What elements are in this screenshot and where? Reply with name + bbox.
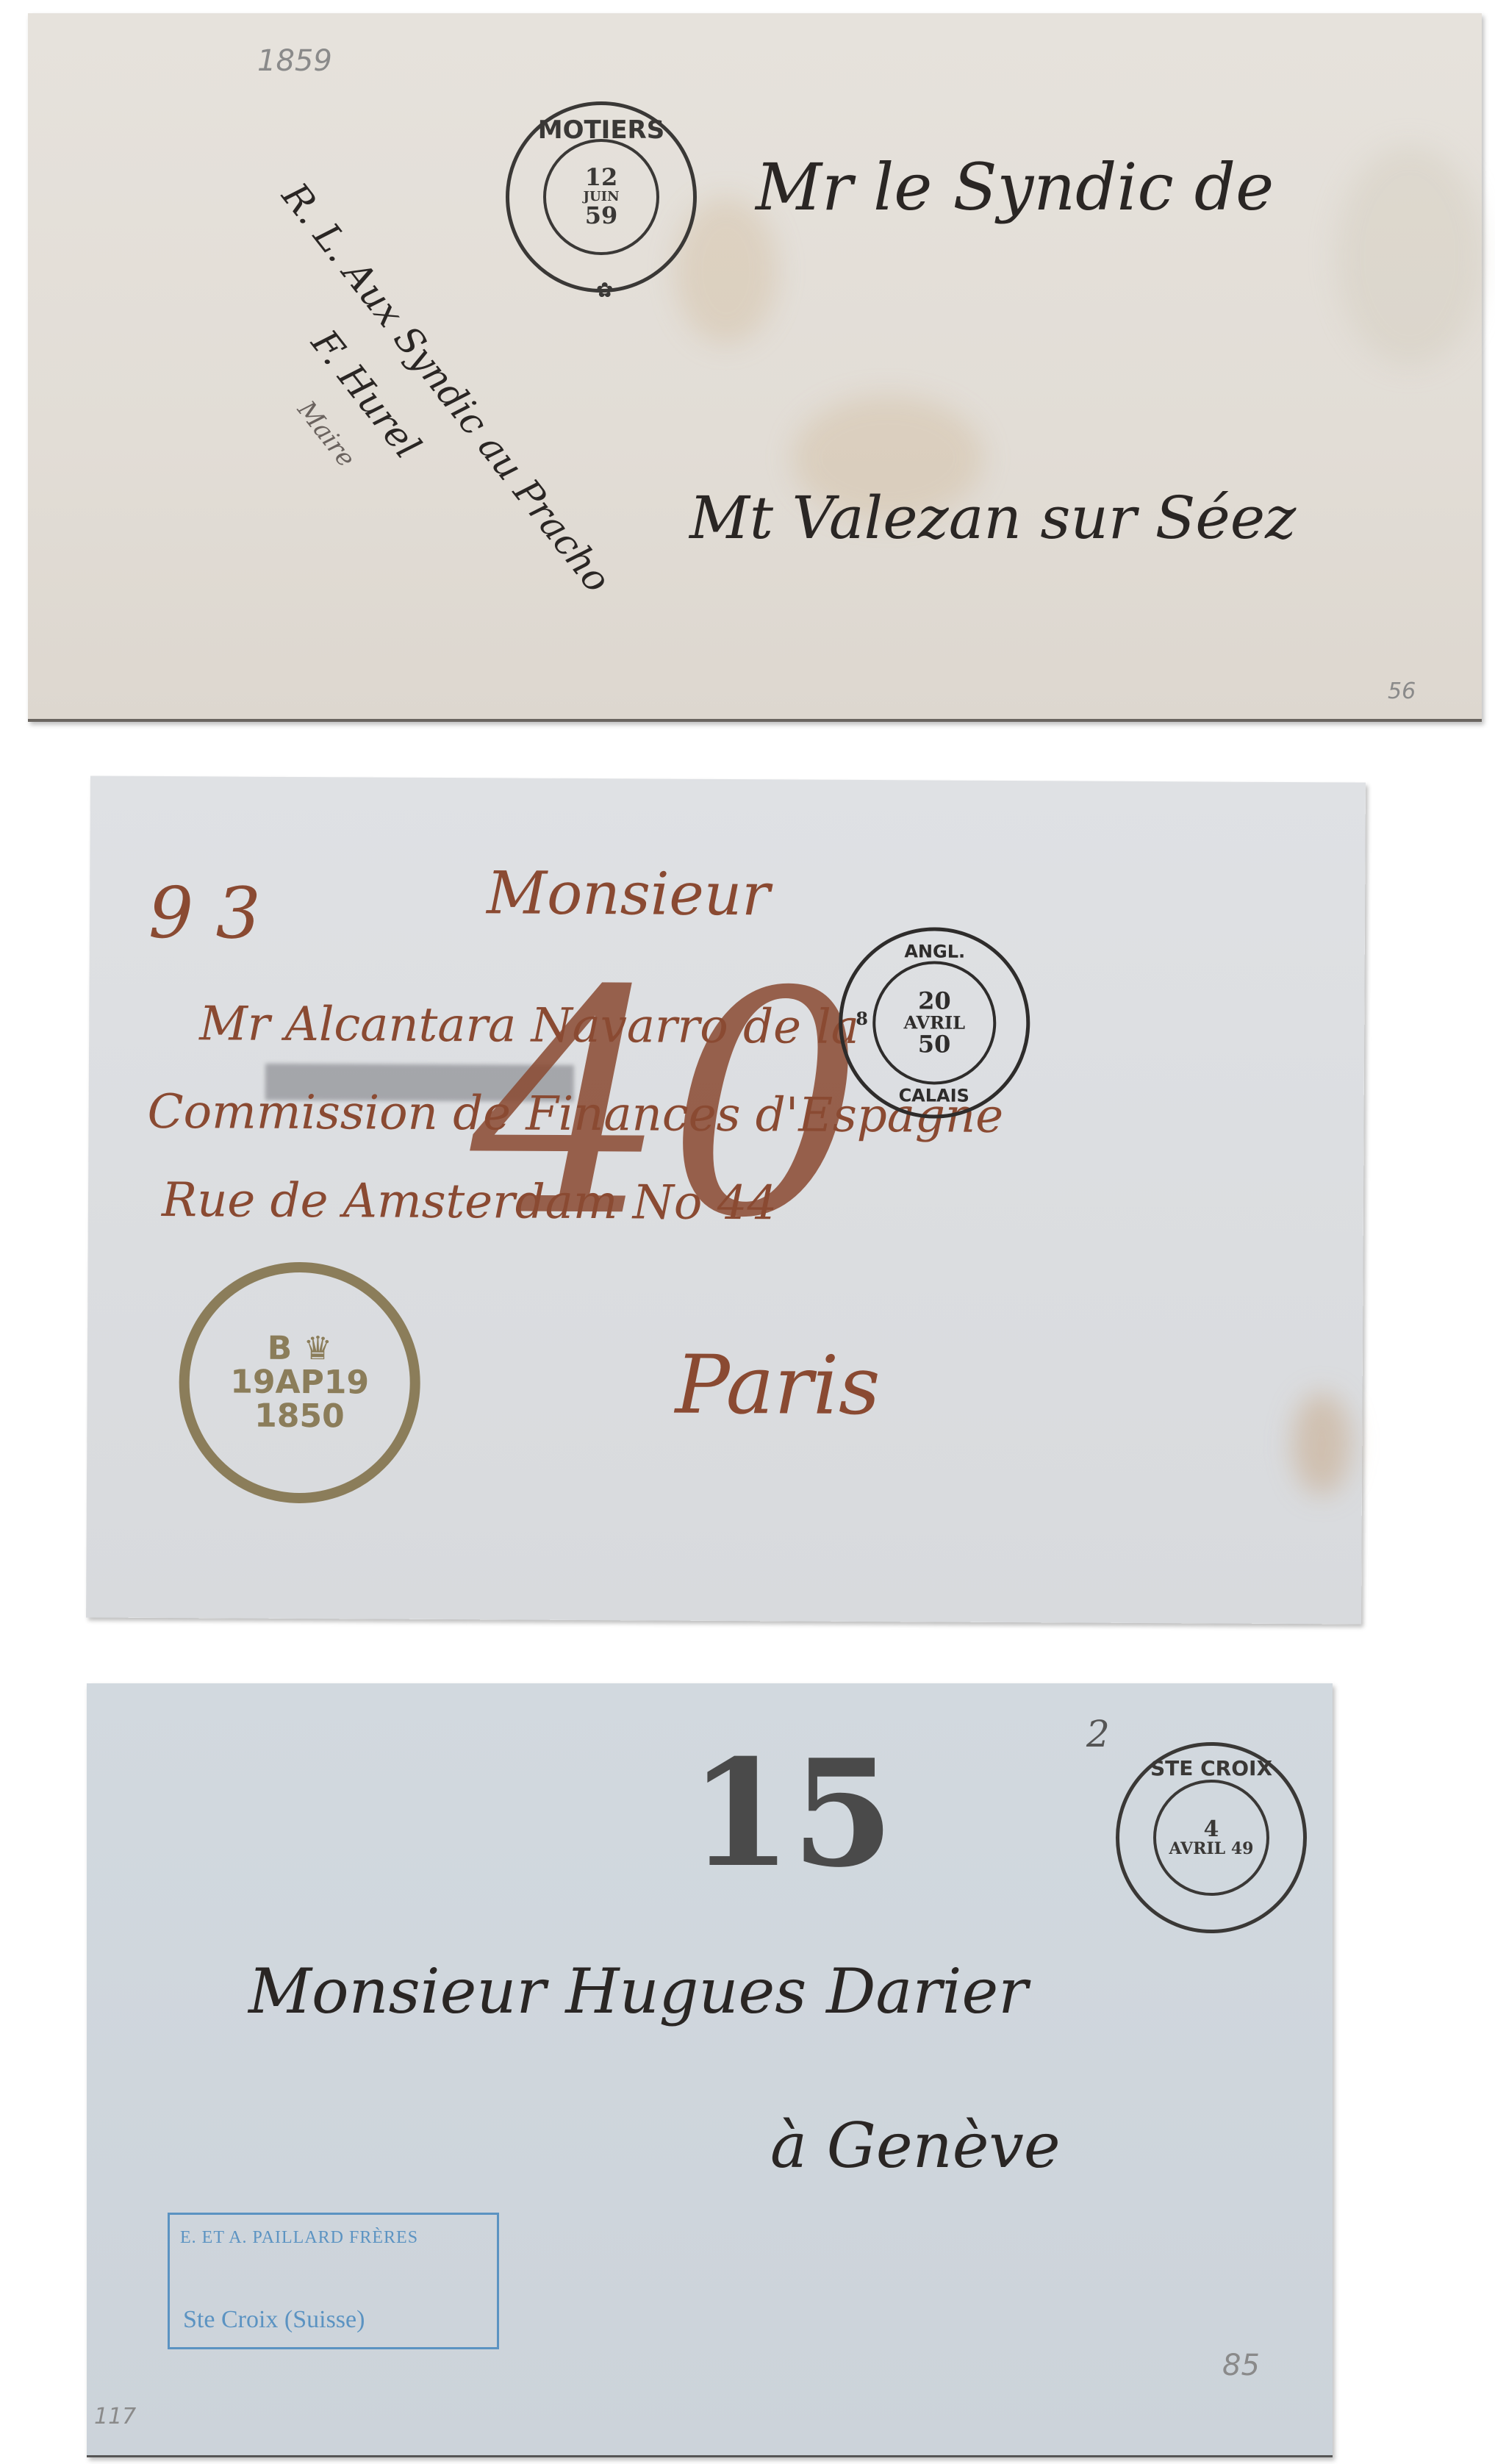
manuscript-rate: 9 3 [148, 872, 261, 955]
crown-icon: ♛ [304, 1330, 333, 1367]
address-line-1: Monsieur [487, 859, 770, 928]
postmark-date: 20 AVRIL 50 [903, 989, 965, 1057]
postmark-date: 4 AVRIL 49 [1169, 1818, 1254, 1858]
cover-bottom: 2 15 STE CROIX 4 AVRIL 49 Monsieur Hugue… [87, 1683, 1333, 2457]
pencil-corner-left: 117 [94, 2404, 136, 2429]
postmark-text: B ♛ 19AP19 1850 [230, 1331, 369, 1434]
postmark-day: 20 [904, 989, 966, 1014]
sender-line-2: Ste Croix (Suisse) [183, 2306, 365, 2334]
address-line-1: Monsieur Hugues Darier [248, 1955, 1028, 2027]
postmark-day: 12 [583, 165, 619, 190]
postmark-month-year: AVRIL 49 [1169, 1841, 1254, 1858]
postmark-year: 59 [583, 204, 619, 229]
pencil-corner-note: 56 [1388, 678, 1416, 704]
address-line-1: Mr le Syndic de [756, 149, 1274, 225]
postmark-side: 8 [856, 1008, 868, 1029]
postmark-line-2: 19AP19 [230, 1365, 369, 1400]
pencil-year: 1859 [257, 44, 332, 78]
pencil-corner-right: 85 [1222, 2349, 1260, 2382]
rosette-icon: ✿ [596, 278, 613, 302]
postmark-day: 4 [1169, 1818, 1254, 1841]
postmark-ste-croix: STE CROIX 4 AVRIL 49 [1116, 1742, 1307, 1933]
postmark-motiers: MOTIERS 12 JUIN 59 ✿ [506, 101, 697, 293]
cover-top: 1859 MOTIERS 12 JUIN 59 ✿ Mr le Syndic d… [28, 13, 1482, 722]
manuscript-mark: 2 [1086, 1713, 1110, 1755]
postmark-town: STE CROIX [1119, 1756, 1303, 1780]
foxing-stain [1292, 1392, 1352, 1495]
sender-line-1: E. ET A. PAILLARD FRÈRES [180, 2228, 418, 2248]
tax-handstamp: 15 [689, 1727, 894, 1900]
postmark-british-crowned: B ♛ 19AP19 1850 [179, 1261, 421, 1504]
postmark-top: ANGL. [843, 941, 1027, 962]
cover-middle: 9 3 Monsieur Mr Alcantara Navarro de la … [86, 776, 1366, 1624]
address-line-2: à Genève [770, 2110, 1061, 2182]
postmark-bottom: CALAIS [842, 1085, 1026, 1106]
manuscript-tax: 40 [470, 925, 864, 1286]
postmark-town: MOTIERS [509, 115, 693, 145]
postmark-year: 50 [903, 1032, 965, 1057]
postmark-line-1: B ♛ [230, 1331, 369, 1366]
address-line-2: Mt Valezan sur Séez [689, 484, 1296, 552]
toning-stain [1336, 146, 1483, 366]
postmark-date: 12 JUIN 59 [583, 165, 619, 229]
postmark-calais: ANGL. 20 AVRIL 50 CALAIS 8 [839, 927, 1030, 1119]
postmark-month: AVRIL [903, 1014, 965, 1033]
sender-boxed-stamp: E. ET A. PAILLARD FRÈRES Ste Croix (Suis… [168, 2213, 499, 2349]
postmark-line-3: 1850 [230, 1400, 369, 1434]
address-line-5: Paris [675, 1338, 881, 1433]
